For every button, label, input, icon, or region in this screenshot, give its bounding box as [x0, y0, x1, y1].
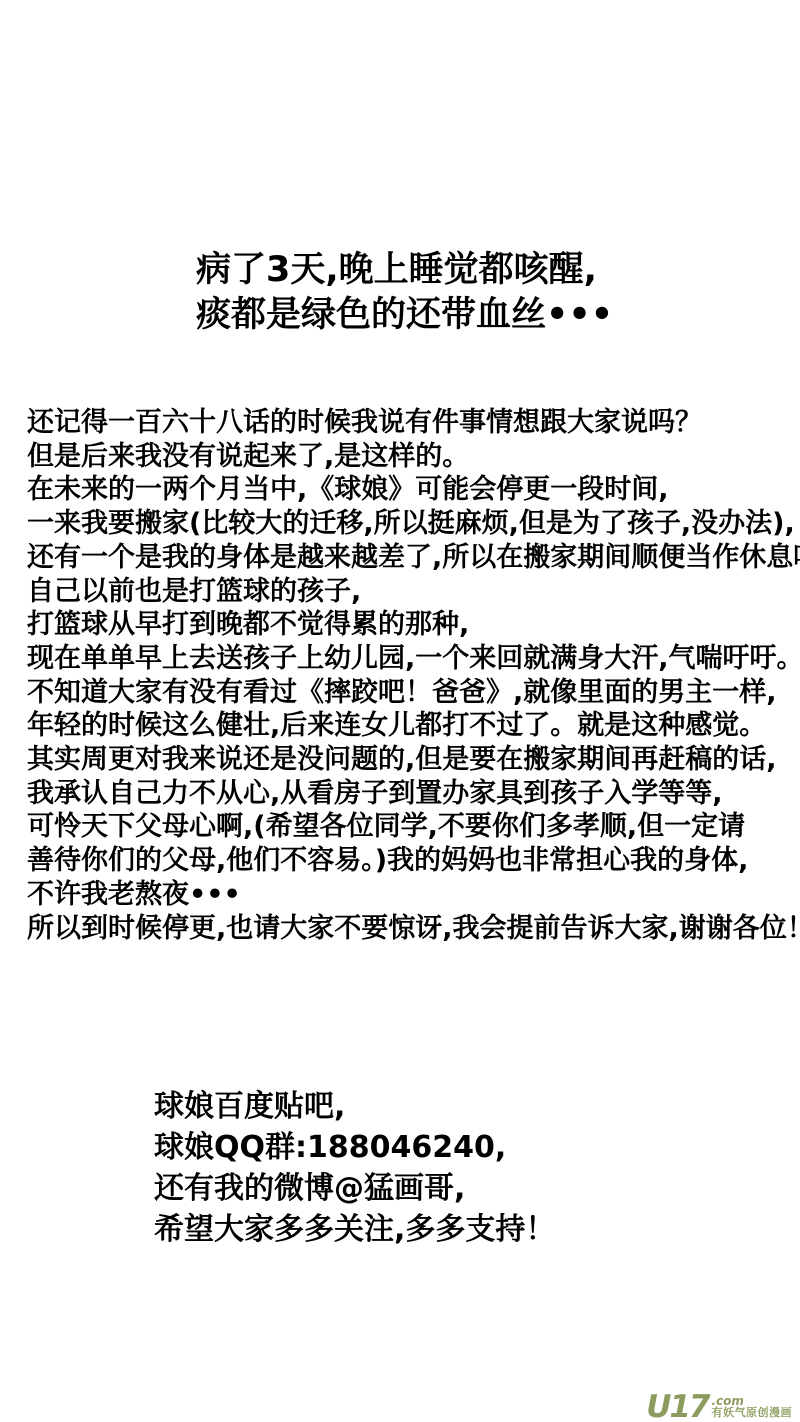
u17-tagline: 有妖气原创漫画 [712, 1407, 793, 1419]
announcement-line: 现在单单早上去送孩子上幼儿园,一个来回就满身大汗,气喘吁吁。 [27, 642, 800, 676]
heading-line: 痰都是绿色的还带血丝••• [196, 293, 613, 338]
announcement-line: 自己以前也是打篮球的孩子, [27, 575, 800, 609]
announcement-line: 善待你们的父母,他们不容易。)我的妈妈也非常担心我的身体, [27, 844, 800, 878]
announcement-line: 还有一个是我的身体是越来越差了,所以在搬家期间顺便当作休息吧。 [27, 541, 800, 575]
contact-line-qq-group: 球娘QQ群:188046240, [154, 1127, 555, 1168]
contact-line-support: 希望大家多多关注,多多支持！ [154, 1209, 555, 1250]
announcement-line: 在未来的一两个月当中,《球娘》可能会停更一段时间, [27, 473, 800, 507]
author-note-page: 病了3天,晚上睡觉都咳醒, 痰都是绿色的还带血丝••• 还记得一百六十八话的时候… [0, 0, 800, 1422]
announcement-line: 可怜天下父母心啊,(希望各位同学,不要你们多孝顺,但一定请 [27, 810, 800, 844]
contact-info: 球娘百度贴吧, 球娘QQ群:188046240, 还有我的微博@猛画哥, 希望大… [154, 1086, 555, 1250]
heading: 病了3天,晚上睡觉都咳醒, 痰都是绿色的还带血丝••• [196, 248, 613, 338]
announcement-text: 还记得一百六十八话的时候我说有件事情想跟大家说吗？ 但是后来我没有说起来了,是这… [27, 406, 800, 945]
contact-line-weibo: 还有我的微博@猛画哥, [154, 1168, 555, 1209]
u17-logo: U17 .com 有妖气原创漫画 [646, 1396, 792, 1419]
announcement-line: 年轻的时候这么健壮,后来连女儿都打不过了。就是这种感觉。 [27, 709, 800, 743]
announcement-line: 其实周更对我来说还是没问题的,但是要在搬家期间再赶稿的话, [27, 743, 800, 777]
announcement-line: 我承认自己力不从心,从看房子到置办家具到孩子入学等等, [27, 777, 800, 811]
announcement-line: 不许我老熬夜••• [27, 878, 800, 912]
u17-logo-right: .com 有妖气原创漫画 [712, 1396, 793, 1419]
announcement-line: 所以到时候停更,也请大家不要惊讶,我会提前告诉大家,谢谢各位！ [27, 912, 800, 946]
announcement-line: 但是后来我没有说起来了,是这样的。 [27, 440, 800, 474]
contact-line-tieba: 球娘百度贴吧, [154, 1086, 555, 1127]
announcement-line: 还记得一百六十八话的时候我说有件事情想跟大家说吗？ [27, 406, 800, 440]
heading-line: 病了3天,晚上睡觉都咳醒, [196, 248, 613, 293]
announcement-line: 一来我要搬家(比较大的迁移,所以挺麻烦,但是为了孩子,没办法), [27, 507, 800, 541]
u17-brand-text: U17 [646, 1396, 708, 1419]
announcement-line: 不知道大家有没有看过《摔跤吧！爸爸》,就像里面的男主一样, [27, 676, 800, 710]
announcement-line: 打篮球从早打到晚都不觉得累的那种, [27, 608, 800, 642]
